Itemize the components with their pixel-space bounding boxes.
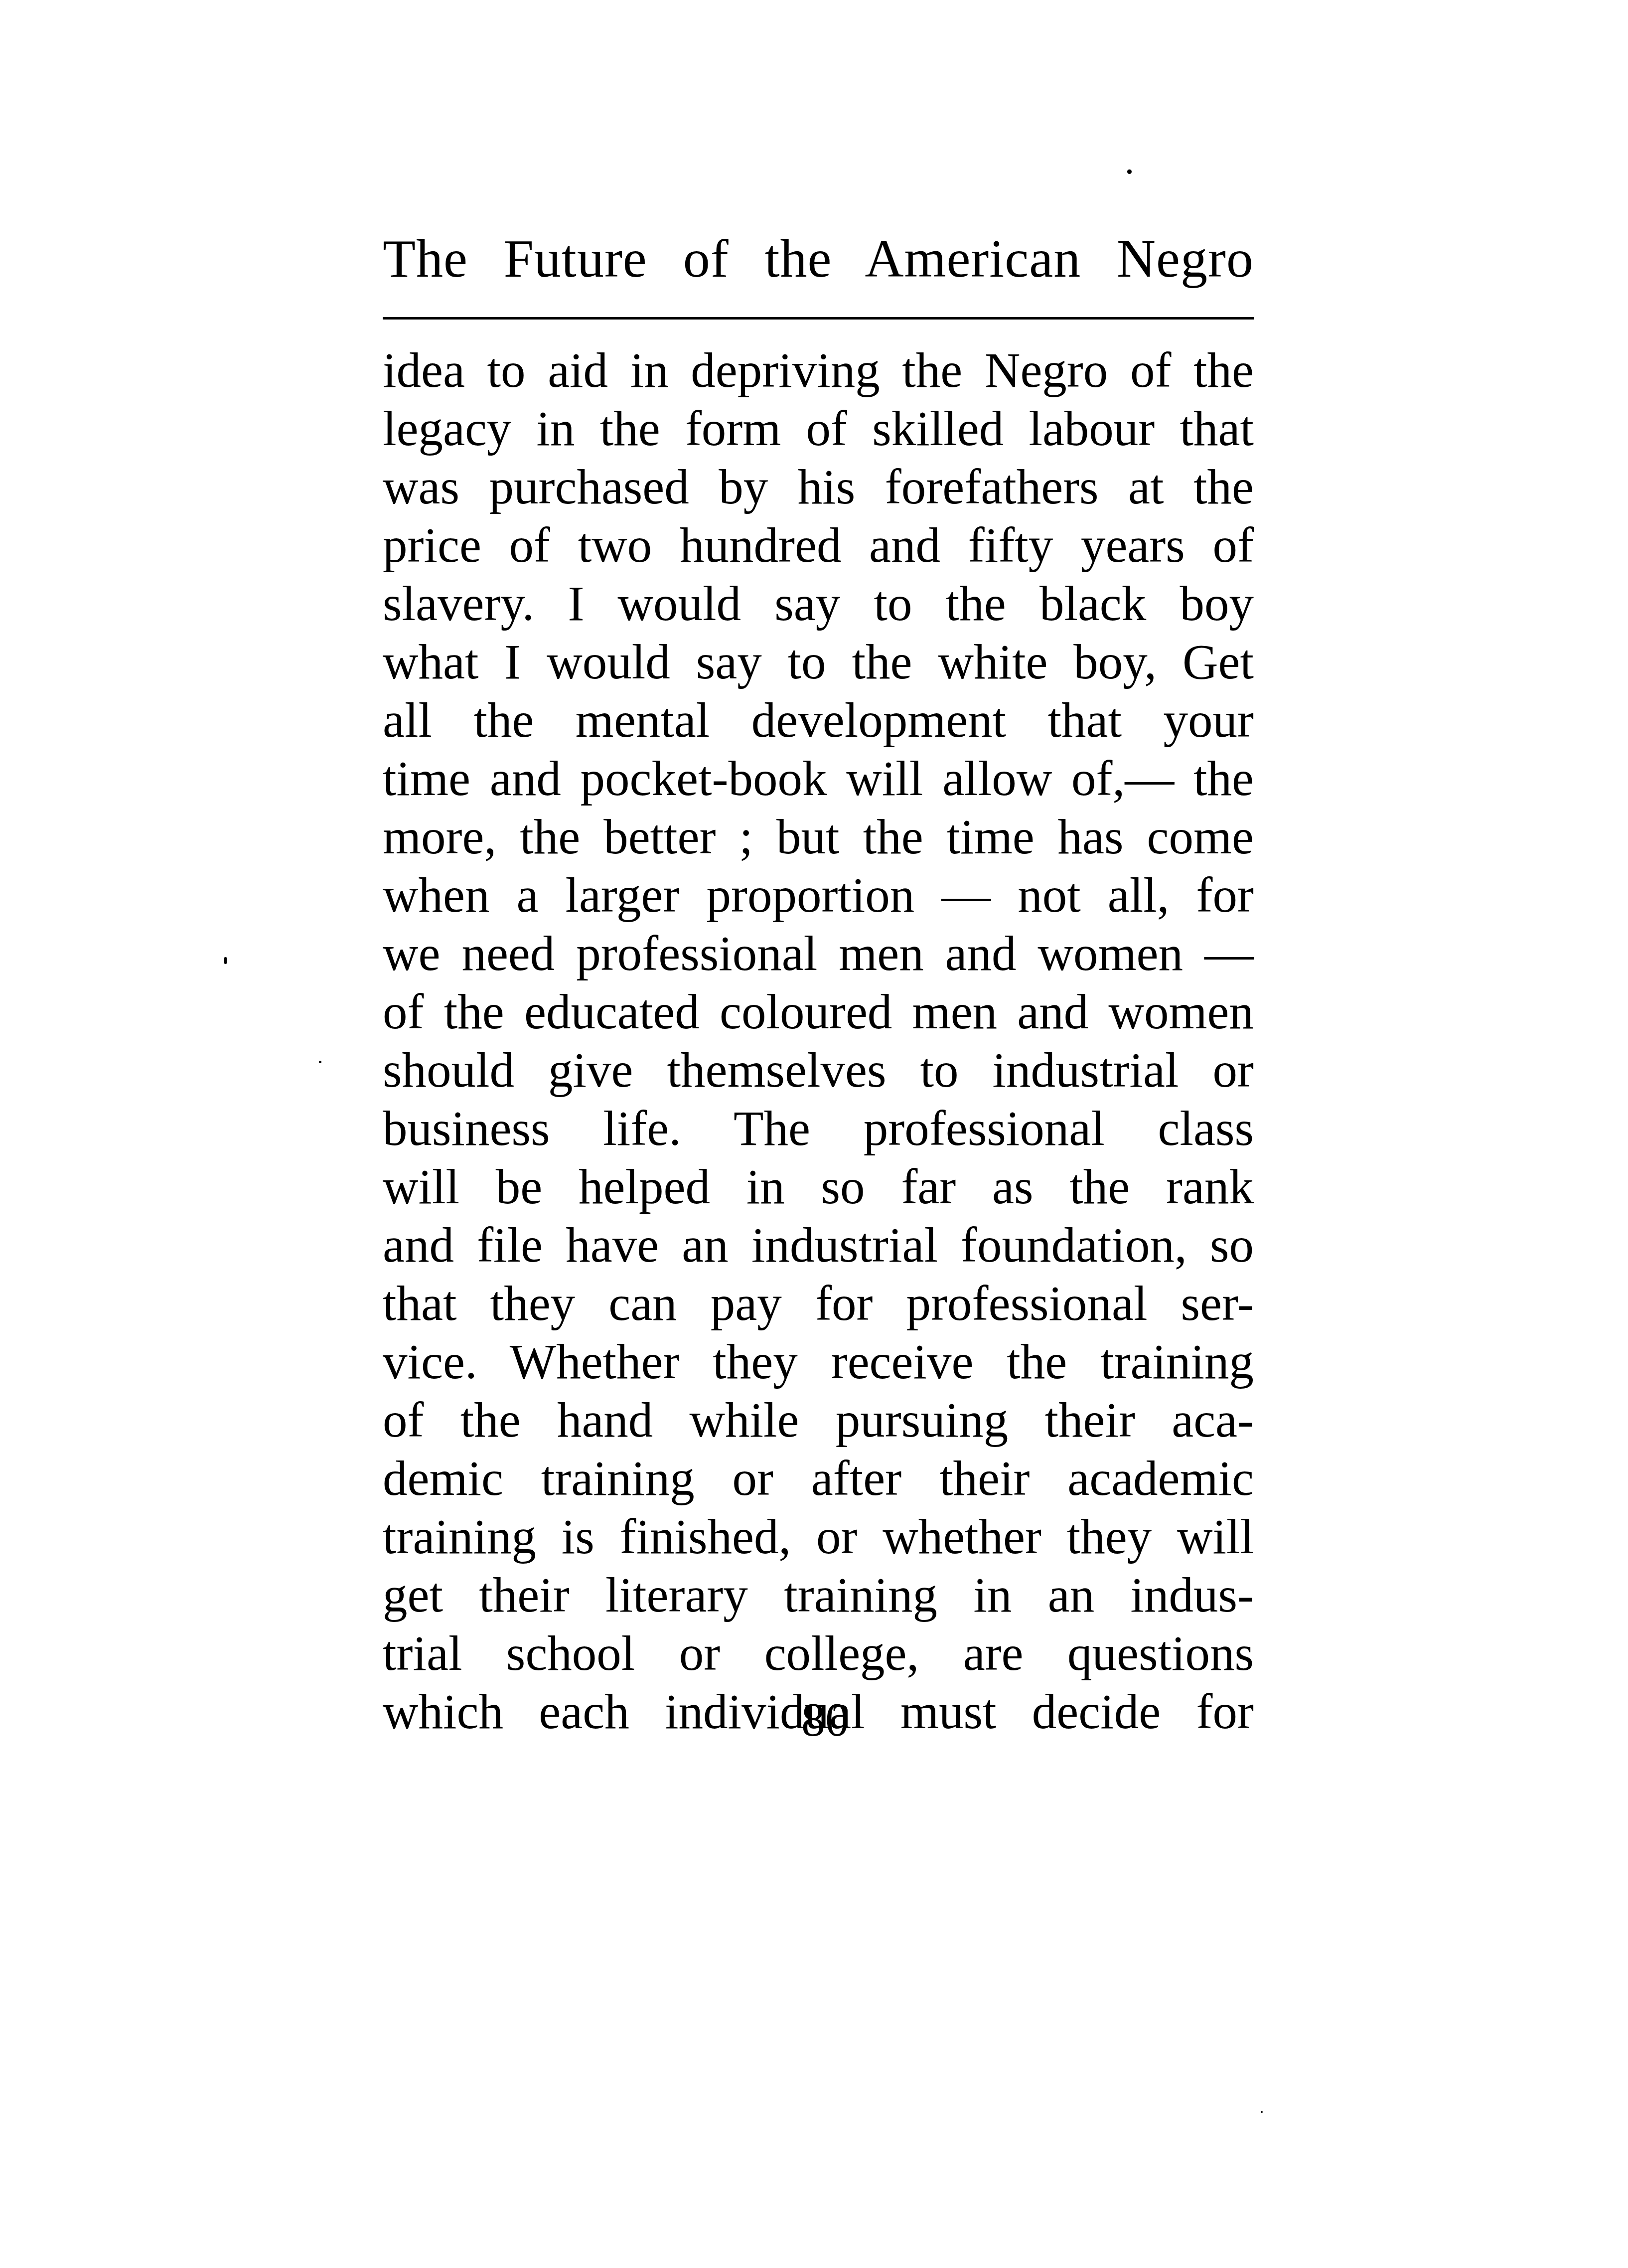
scan-speck (224, 957, 227, 964)
text-line: was purchased by his forefathers at the (383, 458, 1254, 516)
text-line: training is finished, or whether they wi… (383, 1508, 1254, 1566)
text-line: we need professional men and women — (383, 925, 1254, 983)
scan-speck (1261, 2111, 1263, 2113)
book-page: The Future of the American Negro idea to… (0, 0, 1628, 2268)
text-line: get their literary training in an indus- (383, 1566, 1254, 1624)
text-line: time and pocket-book will allow of,— the (383, 750, 1254, 808)
text-line: will be helped in so far as the rank (383, 1158, 1254, 1216)
text-line: that they can pay for professional ser- (383, 1275, 1254, 1333)
text-line: slavery. I would say to the black boy (383, 575, 1254, 633)
text-line: should give themselves to industrial or (383, 1041, 1254, 1100)
body-text: idea to aid in depriving the Negro of th… (383, 341, 1254, 1741)
text-line: when a larger proportion — not all, for (383, 866, 1254, 925)
text-line: all the mental development that your (383, 691, 1254, 750)
text-line: price of two hundred and fifty years of (383, 516, 1254, 575)
scan-speck (1127, 169, 1132, 174)
text-line: legacy in the form of skilled labour tha… (383, 400, 1254, 458)
running-head: The Future of the American Negro (383, 227, 1254, 292)
text-line: idea to aid in depriving the Negro of th… (383, 341, 1254, 400)
text-line: trial school or college, are questions (383, 1624, 1254, 1683)
text-line: vice. Whether they receive the training (383, 1333, 1254, 1391)
text-line: demic training or after their academic (383, 1450, 1254, 1508)
page-number: 80 (801, 1692, 849, 1747)
header-rule (383, 317, 1254, 320)
text-line: more, the better ; but the time has come (383, 808, 1254, 866)
text-line: what I would say to the white boy, Get (383, 633, 1254, 691)
scan-speck (319, 1061, 321, 1063)
text-line: of the educated coloured men and women (383, 983, 1254, 1041)
text-line: of the hand while pursuing their aca- (383, 1391, 1254, 1450)
text-line: and file have an industrial foundation, … (383, 1216, 1254, 1275)
text-line: business life. The professional class (383, 1100, 1254, 1158)
page-number-container: 80 (0, 1692, 1628, 1747)
